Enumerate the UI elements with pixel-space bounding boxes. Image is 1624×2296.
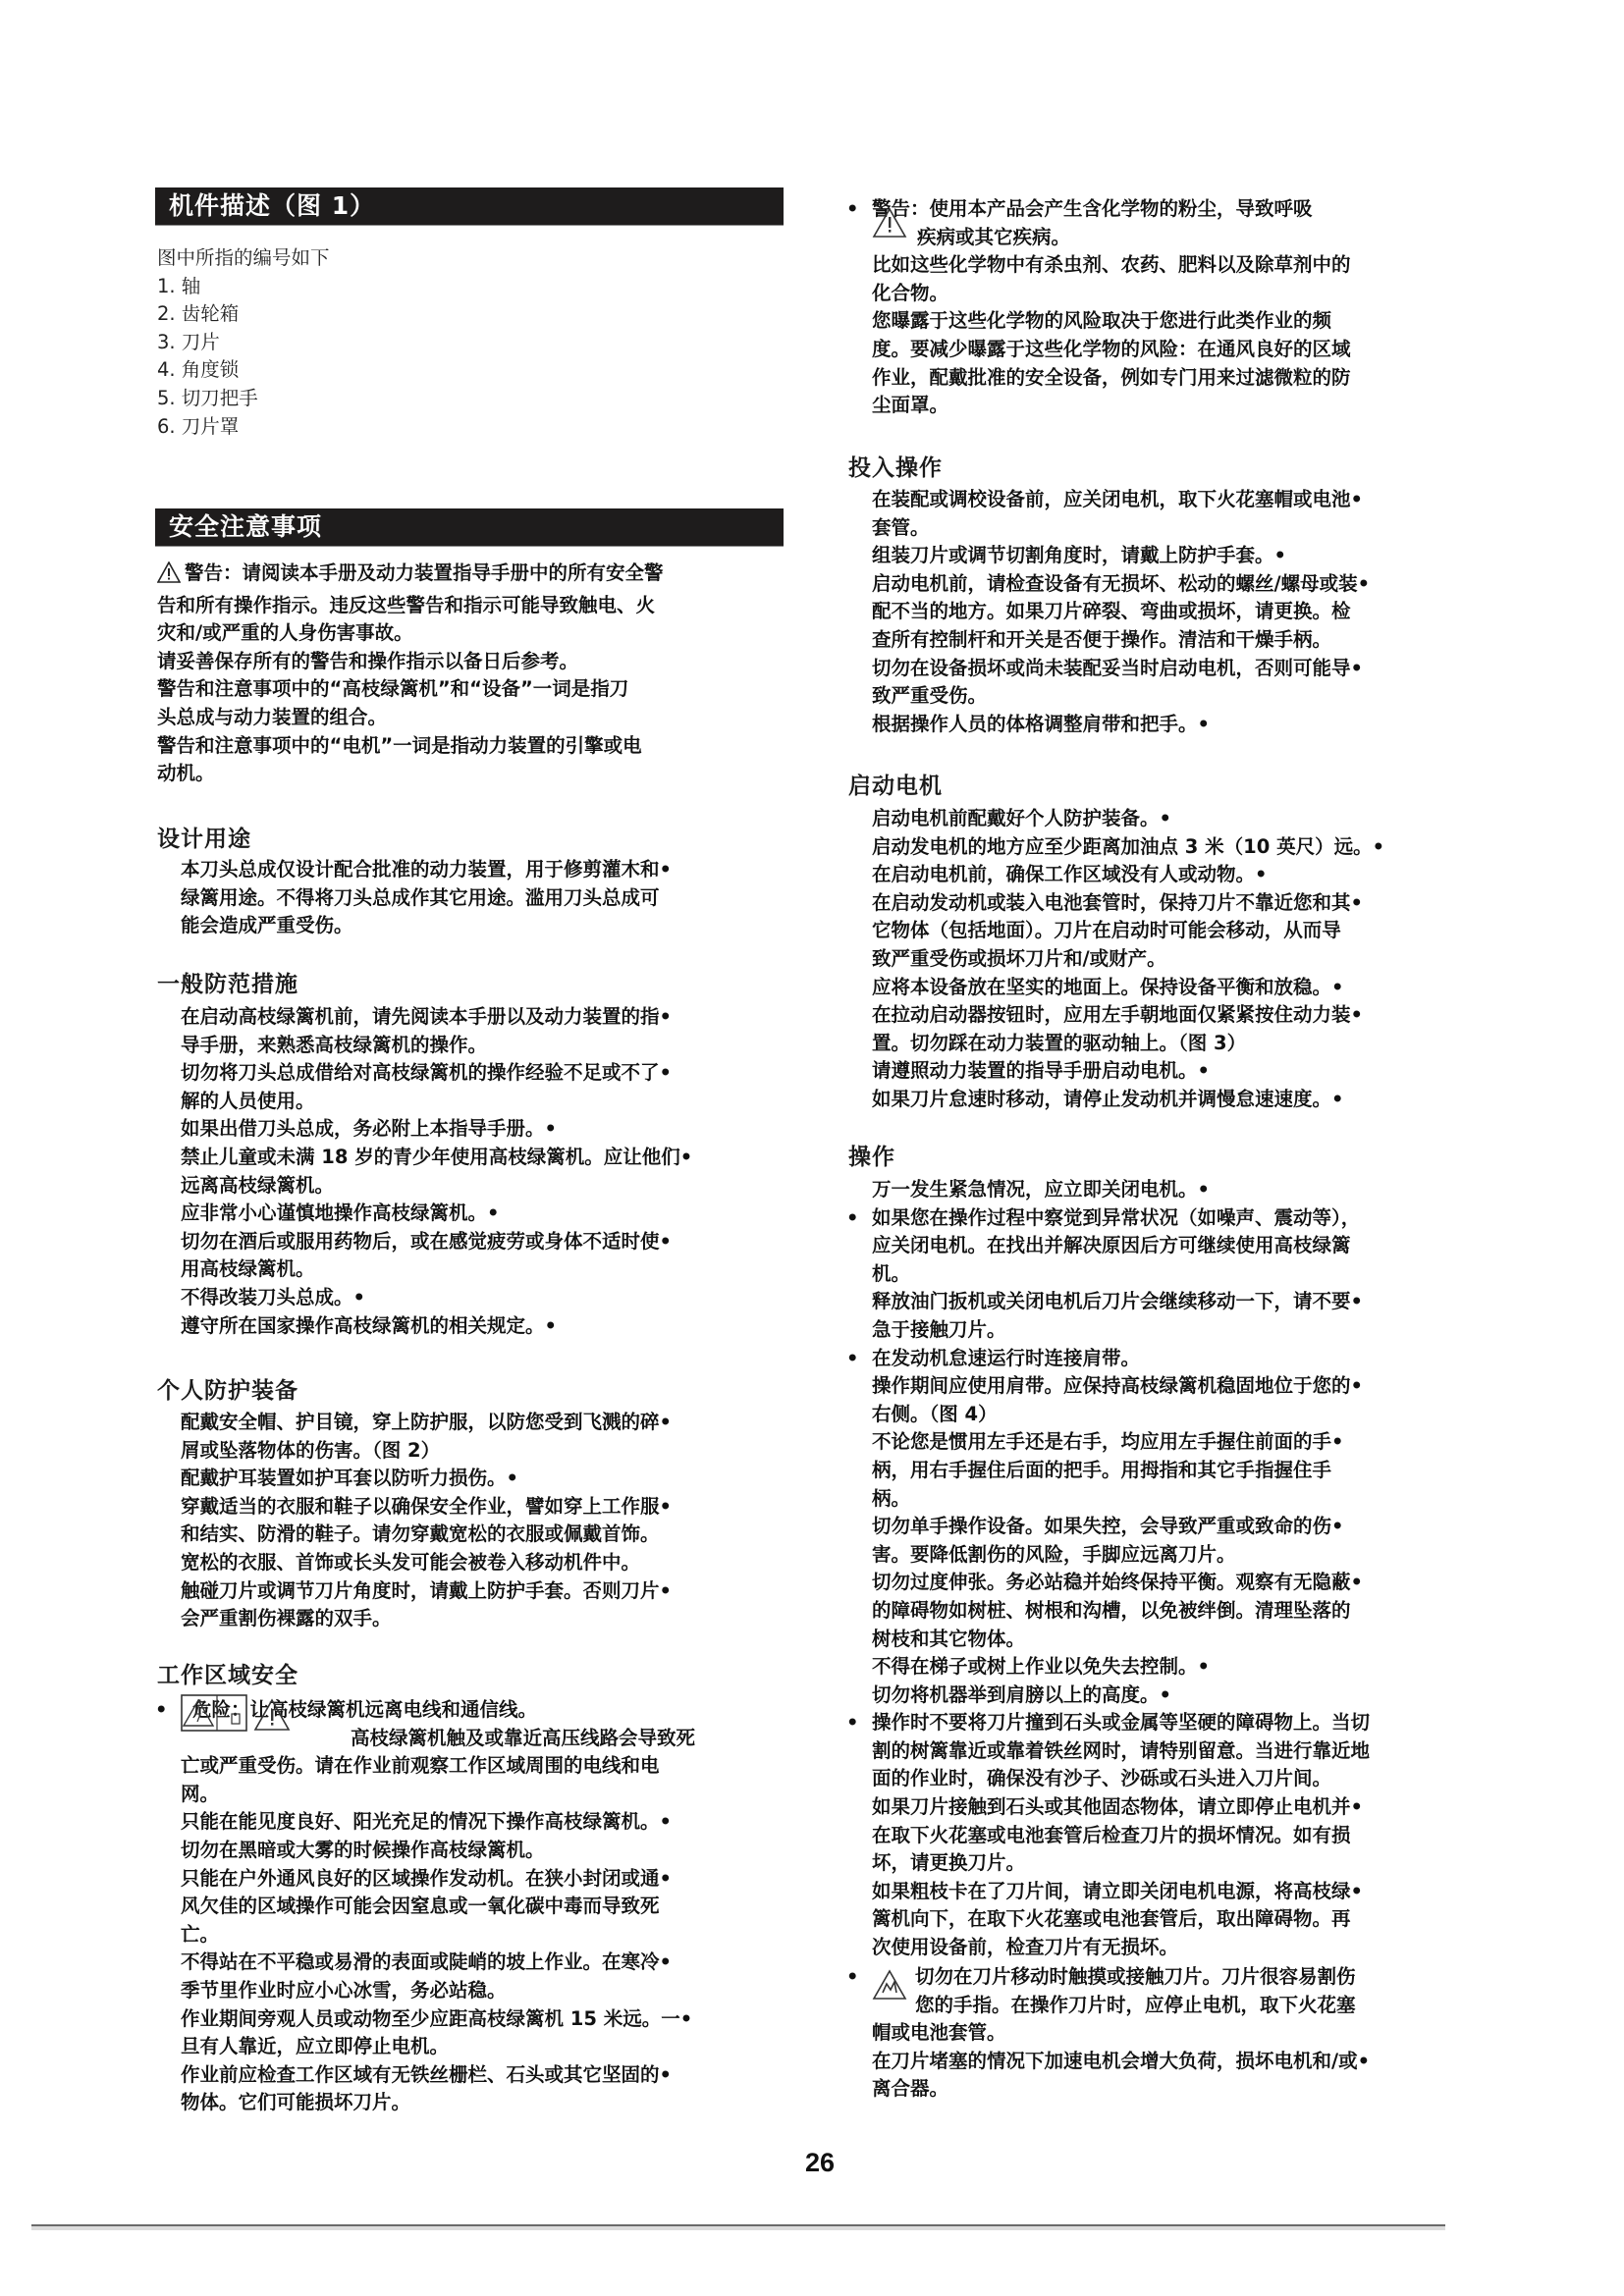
bullet: • <box>846 195 858 224</box>
operation-line: 害。要降低割伤的风险，手脚应远离刀片。 <box>872 1541 1485 1570</box>
text-line: 不得改装刀头总成。• <box>181 1284 785 1312</box>
text-line: 解的人员使用。 <box>181 1088 785 1116</box>
text-line: 绿篱用途。不得将刀头总成作其它用途。滥用刀头总成可 <box>181 884 785 913</box>
text-line: 如果您在操作过程中察觉到异常状况（如噪声、震动等）， <box>872 1204 1485 1233</box>
text-line: 柄，用右手握住后面的把手。用拇指和其它手指握住手 <box>872 1457 1485 1485</box>
operation-line: 机。 <box>872 1260 1485 1289</box>
text-line: 风欠佳的区域操作可能会因窒息或一氧化碳中毒而导致死 <box>181 1893 785 1921</box>
text-line: 右侧。（图 4） <box>872 1401 1485 1429</box>
text-line: 面的作业时，确保没有沙子、沙砾或石头进入刀片间。 <box>872 1765 1485 1793</box>
text-line: 的障碍物如树桩、树根和沟槽，以免被绊倒。清理坠落的 <box>872 1597 1485 1626</box>
operation-line: 右侧。（图 4） <box>872 1401 1485 1429</box>
text-line: 机。 <box>872 1260 1485 1289</box>
general-precautions-block: 在启动高枝绿篱机前，请先阅读本手册以及动力装置的指• 导手册，来熟悉高枝绿篱机的… <box>181 1003 785 1340</box>
cut-hazard-icon <box>872 1969 907 2009</box>
text-line: 会严重割伤裸露的双手。 <box>181 1605 785 1633</box>
operation-line: 万一发生紧急情况，应立即关闭电机。• <box>872 1176 1485 1204</box>
bullet: • <box>846 1709 858 1737</box>
safety-warning-line: 灾和/或严重的人身伤害事故。 <box>157 619 785 648</box>
text-line: 害。要降低割伤的风险，手脚应远离刀片。 <box>872 1541 1485 1570</box>
operation-line: 切勿过度伸张。务必站稳并始终保持平衡。观察有无隐蔽• <box>872 1569 1485 1597</box>
text-line: 亡。 <box>181 1921 785 1949</box>
operation-line: 在取下火花塞或电池套管后检查刀片的损坏情况。如有损 <box>872 1822 1485 1850</box>
safety-warning-line: 警告和注意事项中的“电机”一词是指动力装置的引擎或电 <box>157 732 785 761</box>
section-heading-parts: 机件描述（图 1） <box>155 187 784 225</box>
operation-line: •如果您在操作过程中察觉到异常状况（如噪声、震动等）， <box>872 1204 1485 1233</box>
operation-line: 如果粗枝卡在了刀片间，请立即关闭电机电源，将高枝绿• <box>872 1878 1485 1906</box>
bullet: • <box>846 1345 858 1373</box>
text-line: 能会造成严重受伤。 <box>181 912 785 940</box>
text-line: 致严重受伤。 <box>872 682 1485 711</box>
text-line: 在装配或调校设备前，应关闭电机，取下火花塞帽或电池• <box>872 486 1485 514</box>
dust-warning-block: • 警告：使用本产品会产生含化学物的粉尘，导致呼吸 疾病或其它疾病。 比如这些化… <box>872 195 1485 420</box>
blade-warning-line: 您的手指。在操作刀片时，应停止电机，取下火花塞 <box>872 1992 1485 2020</box>
text-line: 用高枝绿篱机。 <box>181 1255 785 1284</box>
blade-warning-line: 切勿在刀片移动时触摸或接触刀片。刀片很容易割伤 <box>872 1963 1485 1992</box>
electric-shock-warning-icon <box>181 1694 249 1740</box>
warning-triangle-icon <box>253 1698 291 1740</box>
subheading-intended-use: 设计用途 <box>157 821 251 853</box>
operation-block: 万一发生紧急情况，应立即关闭电机。••如果您在操作过程中察觉到异常状况（如噪声、… <box>872 1176 1485 1962</box>
ppe-block: 配戴安全帽、护目镜，穿上防护服，以防您受到飞溅的碎• 屑或坠落物体的伤害。（图 … <box>181 1409 785 1633</box>
text-line: 屑或坠落物体的伤害。（图 2） <box>181 1437 785 1466</box>
operation-line: 篱机向下，在取下火花塞或电池套管后，取出障碍物。再 <box>872 1905 1485 1934</box>
text-line: 致严重受伤或损坏刀片和/或财产。 <box>872 945 1485 974</box>
operation-line: 急于接触刀片。 <box>872 1316 1485 1345</box>
operation-line: 柄，用右手握住后面的把手。用拇指和其它手指握住手 <box>872 1457 1485 1485</box>
text-line: 化合物。 <box>872 280 1485 308</box>
dust-warning-line: 警告：使用本产品会产生含化学物的粉尘，导致呼吸 <box>872 195 1485 224</box>
text-line: 切勿在设备损坏或尚未装配妥当时启动电机，否则可能导• <box>872 655 1485 683</box>
text-line: 应关闭电机。在找出并解决原因后方可继续使用高枝绿篱 <box>872 1232 1485 1260</box>
text-line: 操作时不要将刀片撞到石头或金属等坚硬的障碍物上。当切 <box>872 1709 1485 1737</box>
starting-motor-block: 启动电机前配戴好个人防护装备。• 启动发电机的地方应至少距离加油点 3 米（10… <box>872 805 1485 1114</box>
text-line: 万一发生紧急情况，应立即关闭电机。• <box>872 1176 1485 1204</box>
safety-warning-line: 告和所有操作指示。违反这些警告和指示可能导致触电、火 <box>157 592 785 620</box>
blade-warning-block: • 切勿在刀片移动时触摸或接触刀片。刀片很容易割伤 您的手指。在操作刀片时，应停… <box>872 1963 1485 2104</box>
operation-line: 面的作业时，确保没有沙子、沙砾或石头进入刀片间。 <box>872 1765 1485 1793</box>
subheading-ppe: 个人防护装备 <box>157 1372 298 1405</box>
text-line: 宽松的衣服、首饰或长头发可能会被卷入移动机件中。 <box>181 1549 785 1577</box>
operation-line: 的障碍物如树桩、树根和沟槽，以免被绊倒。清理坠落的 <box>872 1597 1485 1626</box>
text-line: 根据操作人员的体格调整肩带和把手。• <box>872 711 1485 739</box>
text-line: 篱机向下，在取下火花塞或电池套管后，取出障碍物。再 <box>872 1905 1485 1934</box>
text-line: 配戴护耳装置如护耳套以防听力损伤。• <box>181 1465 785 1493</box>
footer-rule <box>31 2224 1445 2230</box>
text-line: 坏，请更换刀片。 <box>872 1849 1485 1878</box>
dust-warning-line: 疾病或其它疾病。 <box>872 224 1485 252</box>
parts-list: 图中所指的编号如下 1. 轴 2. 齿轮箱 3. 刀片 4. 角度锁 5. 切刀… <box>157 244 785 441</box>
safety-warning-line: 动机。 <box>157 760 785 788</box>
text-line: 远离高枝绿篱机。 <box>181 1172 785 1201</box>
warning-triangle-icon <box>157 561 181 592</box>
text-line: 释放油门扳机或关闭电机后刀片会继续移动一下，请不要• <box>872 1288 1485 1316</box>
text-line: 网。 <box>181 1781 785 1809</box>
operation-line: 如果刀片接触到石头或其他固态物体，请立即停止电机并• <box>872 1793 1485 1822</box>
text-line: 不得站在不平稳或易滑的表面或陡峭的坡上作业。在寒冷• <box>181 1949 785 1977</box>
text-line: 应非常小心谨慎地操作高枝绿篱机。• <box>181 1200 785 1228</box>
text-line: 和结实、防滑的鞋子。请勿穿戴宽松的衣服或佩戴首饰。 <box>181 1521 785 1549</box>
text-line: 在刀片堵塞的情况下加速电机会增大负荷，损坏电机和/或• <box>872 2048 1485 2076</box>
operation-line: 柄。 <box>872 1485 1485 1514</box>
bullet: • <box>846 1204 858 1233</box>
text-line: 亡或严重受伤。请在作业前观察工作区域周围的电线和电 <box>181 1752 785 1781</box>
safety-warning-line: 头总成与动力装置的组合。 <box>157 704 785 732</box>
safety-warning-block: 警告：请阅读本手册及动力装置指导手册中的所有安全警 告和所有操作指示。违反这些警… <box>157 560 785 788</box>
subheading-commissioning: 投入操作 <box>848 450 943 482</box>
text-line: 切勿将机器举到肩膀以上的高度。• <box>872 1682 1485 1710</box>
text-line: 切勿将刀头总成借给对高枝绿篱机的操作经验不足或不了• <box>181 1059 785 1088</box>
subheading-general-precautions: 一般防范措施 <box>157 966 298 998</box>
text-line: 树枝和其它物体。 <box>872 1626 1485 1654</box>
text-line: 帽或电池套管。 <box>872 2019 1485 2048</box>
bullet: • <box>155 1696 167 1725</box>
text-line: 离合器。 <box>872 2075 1485 2104</box>
work-area-block: • 危险：让高枝绿篱机远离电线和通信线。 高枝绿篱机触及或靠近高压线路会导致死 … <box>181 1696 785 2117</box>
text-line: 比如这些化学物中有杀虫剂、农药、肥料以及除草剂中的 <box>872 251 1485 280</box>
operation-line: 切勿单手操作设备。如果失控，会导致严重或致命的伤• <box>872 1513 1485 1541</box>
safety-warning-line: 警告：请阅读本手册及动力装置指导手册中的所有安全警 <box>185 561 664 584</box>
text-line: 作业前应检查工作区域有无铁丝栅栏、石头或其它坚固的• <box>181 2061 785 2090</box>
operation-line: 应关闭电机。在找出并解决原因后方可继续使用高枝绿篱 <box>872 1232 1485 1260</box>
text-line: 柄。 <box>872 1485 1485 1514</box>
text-line: 它物体（包括地面）。刀片在启动时可能会移动，从而导 <box>872 917 1485 945</box>
text-line: 套管。 <box>872 514 1485 543</box>
text-line: 只能在能见度良好、阳光充足的情况下操作高枝绿篱机。• <box>181 1808 785 1837</box>
text-line: 不得在梯子或树上作业以免失去控制。• <box>872 1653 1485 1682</box>
text-line: 次使用设备前，检查刀片有无损坏。 <box>872 1934 1485 1962</box>
parts-item: 1. 轴 <box>157 273 785 301</box>
text-line: 在启动发动机或装入电池套管时，保持刀片不靠近您和其• <box>872 889 1485 918</box>
text-line: 急于接触刀片。 <box>872 1316 1485 1345</box>
text-line: 禁止儿童或未满 18 岁的青少年使用高枝绿篱机。应让他们• <box>181 1144 785 1172</box>
text-line: 启动电机前，请检查设备有无损坏、松动的螺丝/螺母或装• <box>872 570 1485 599</box>
text-line: 度。要减少曝露于这些化学物的风险：在通风良好的区域 <box>872 336 1485 364</box>
text-line: 本刀头总成仅设计配合批准的动力装置，用于修剪灌木和• <box>181 856 785 884</box>
text-line: 组装刀片或调节切割角度时，请戴上防护手套。• <box>872 542 1485 570</box>
text-line: 启动发电机的地方应至少距离加油点 3 米（10 英尺）远。• <box>872 833 1485 862</box>
text-line: 在取下火花塞或电池套管后检查刀片的损坏情况。如有损 <box>872 1822 1485 1850</box>
operation-line: 割的树篱靠近或靠着铁丝网时，请特别留意。当进行靠近地 <box>872 1737 1485 1766</box>
parts-intro: 图中所指的编号如下 <box>157 244 785 273</box>
operation-line: 切勿将机器举到肩膀以上的高度。• <box>872 1682 1485 1710</box>
operation-line: 不论您是惯用左手还是右手，均应用左手握住前面的手• <box>872 1428 1485 1457</box>
text-line: 在发动机怠速运行时连接肩带。 <box>872 1345 1485 1373</box>
text-line: 导手册，来熟悉高枝绿篱机的操作。 <box>181 1032 785 1060</box>
text-line: 在拉动启动器按钮时，应用左手朝地面仅紧紧按住动力装• <box>872 1001 1485 1030</box>
text-line: 切勿在酒后或服用药物后，或在感觉疲劳或身体不适时使• <box>181 1228 785 1256</box>
text-line: 如果刀片接触到石头或其他固态物体，请立即停止电机并• <box>872 1793 1485 1822</box>
text-line: 作业期间旁观人员或动物至少应距高枝绿篱机 15 米远。一• <box>181 2005 785 2034</box>
safety-warning-line: 警告和注意事项中的“高枝绿篱机”和“设备”一词是指刀 <box>157 675 785 704</box>
text-line: 应将本设备放在坚实的地面上。保持设备平衡和放稳。• <box>872 974 1485 1002</box>
text-line: 配不当的地方。如果刀片碎裂、弯曲或损坏，请更换。检 <box>872 598 1485 626</box>
text-line: 穿戴适当的衣服和鞋子以确保安全作业，譬如穿上工作服• <box>181 1493 785 1522</box>
parts-item: 3. 刀片 <box>157 329 785 357</box>
text-line: 切勿单手操作设备。如果失控，会导致严重或致命的伤• <box>872 1513 1485 1541</box>
subheading-work-area-safety: 工作区域安全 <box>157 1657 298 1689</box>
text-line: 在启动高枝绿篱机前，请先阅读本手册以及动力装置的指• <box>181 1003 785 1032</box>
operation-line: •在发动机怠速运行时连接肩带。 <box>872 1345 1485 1373</box>
text-line: 季节里作业时应小心冰雪，务必站稳。 <box>181 1977 785 2005</box>
page-number: 26 <box>805 2148 835 2178</box>
text-line: 作业，配戴批准的安全设备，例如专门用来过滤微粒的防 <box>872 364 1485 393</box>
parts-item: 6. 刀片罩 <box>157 413 785 442</box>
text-line: 请遵照动力装置的指导手册启动电机。• <box>872 1057 1485 1086</box>
text-line: 切勿过度伸张。务必站稳并始终保持平衡。观察有无隐蔽• <box>872 1569 1485 1597</box>
subheading-starting-motor: 启动电机 <box>848 768 943 800</box>
text-line: 操作期间应使用肩带。应保持高枝绿篱机稳固地位于您的• <box>872 1372 1485 1401</box>
operation-line: 树枝和其它物体。 <box>872 1626 1485 1654</box>
operation-line: •操作时不要将刀片撞到石头或金属等坚硬的障碍物上。当切 <box>872 1709 1485 1737</box>
text-line: 物体。它们可能损坏刀片。 <box>181 2089 785 2117</box>
text-line: 启动电机前配戴好个人防护装备。• <box>872 805 1485 833</box>
operation-line: 操作期间应使用肩带。应保持高枝绿篱机稳固地位于您的• <box>872 1372 1485 1401</box>
text-line: 如果刀片怠速时移动，请停止发动机并调慢怠速速度。• <box>872 1086 1485 1114</box>
text-line: 如果粗枝卡在了刀片间，请立即关闭电机电源，将高枝绿• <box>872 1878 1485 1906</box>
bullet: • <box>846 1963 858 1992</box>
text-line: 查所有控制杆和开关是否便于操作。清洁和干燥手柄。 <box>872 626 1485 655</box>
text-line: 只能在户外通风良好的区域操作发动机。在狭小封闭或通• <box>181 1865 785 1894</box>
text-line: 您曝露于这些化学物的风险取决于您进行此类作业的频 <box>872 307 1485 336</box>
section-heading-safety: 安全注意事项 <box>155 508 784 546</box>
text-line: 切勿在黑暗或大雾的时候操作高枝绿篱机。 <box>181 1837 785 1865</box>
text-line: 在启动电机前，确保工作区域没有人或动物。• <box>872 861 1485 889</box>
operation-line: 次使用设备前，检查刀片有无损坏。 <box>872 1934 1485 1962</box>
commissioning-block: 在装配或调校设备前，应关闭电机，取下火花塞帽或电池• 套管。 组装刀片或调节切割… <box>872 486 1485 738</box>
text-line: 遵守所在国家操作高枝绿篱机的相关规定。• <box>181 1312 785 1341</box>
text-line: 置。切勿踩在动力装置的驱动轴上。（图 3） <box>872 1030 1485 1058</box>
safety-warning-line: 请妥善保存所有的警告和操作指示以备日后参考。 <box>157 648 785 676</box>
text-line: 旦有人靠近，应立即停止电机。 <box>181 2033 785 2061</box>
text-line: 不论您是惯用左手还是右手，均应用左手握住前面的手• <box>872 1428 1485 1457</box>
text-line: 尘面罩。 <box>872 392 1485 420</box>
parts-item: 5. 切刀把手 <box>157 385 785 413</box>
intended-use-block: 本刀头总成仅设计配合批准的动力装置，用于修剪灌木和• 绿篱用途。不得将刀头总成作… <box>181 856 785 940</box>
warning-triangle-icon <box>872 207 907 247</box>
text-line: 割的树篱靠近或靠着铁丝网时，请特别留意。当进行靠近地 <box>872 1737 1485 1766</box>
operation-line: 坏，请更换刀片。 <box>872 1849 1485 1878</box>
text-line: 配戴安全帽、护目镜，穿上防护服，以防您受到飞溅的碎• <box>181 1409 785 1437</box>
subheading-operation: 操作 <box>848 1139 895 1171</box>
operation-line: 释放油门扳机或关闭电机后刀片会继续移动一下，请不要• <box>872 1288 1485 1316</box>
text-line: 触碰刀片或调节刀片角度时，请戴上防护手套。否则刀片• <box>181 1577 785 1606</box>
operation-line: 不得在梯子或树上作业以免失去控制。• <box>872 1653 1485 1682</box>
parts-item: 4. 角度锁 <box>157 356 785 385</box>
text-line: 如果出借刀头总成，务必附上本指导手册。• <box>181 1115 785 1144</box>
parts-item: 2. 齿轮箱 <box>157 300 785 329</box>
